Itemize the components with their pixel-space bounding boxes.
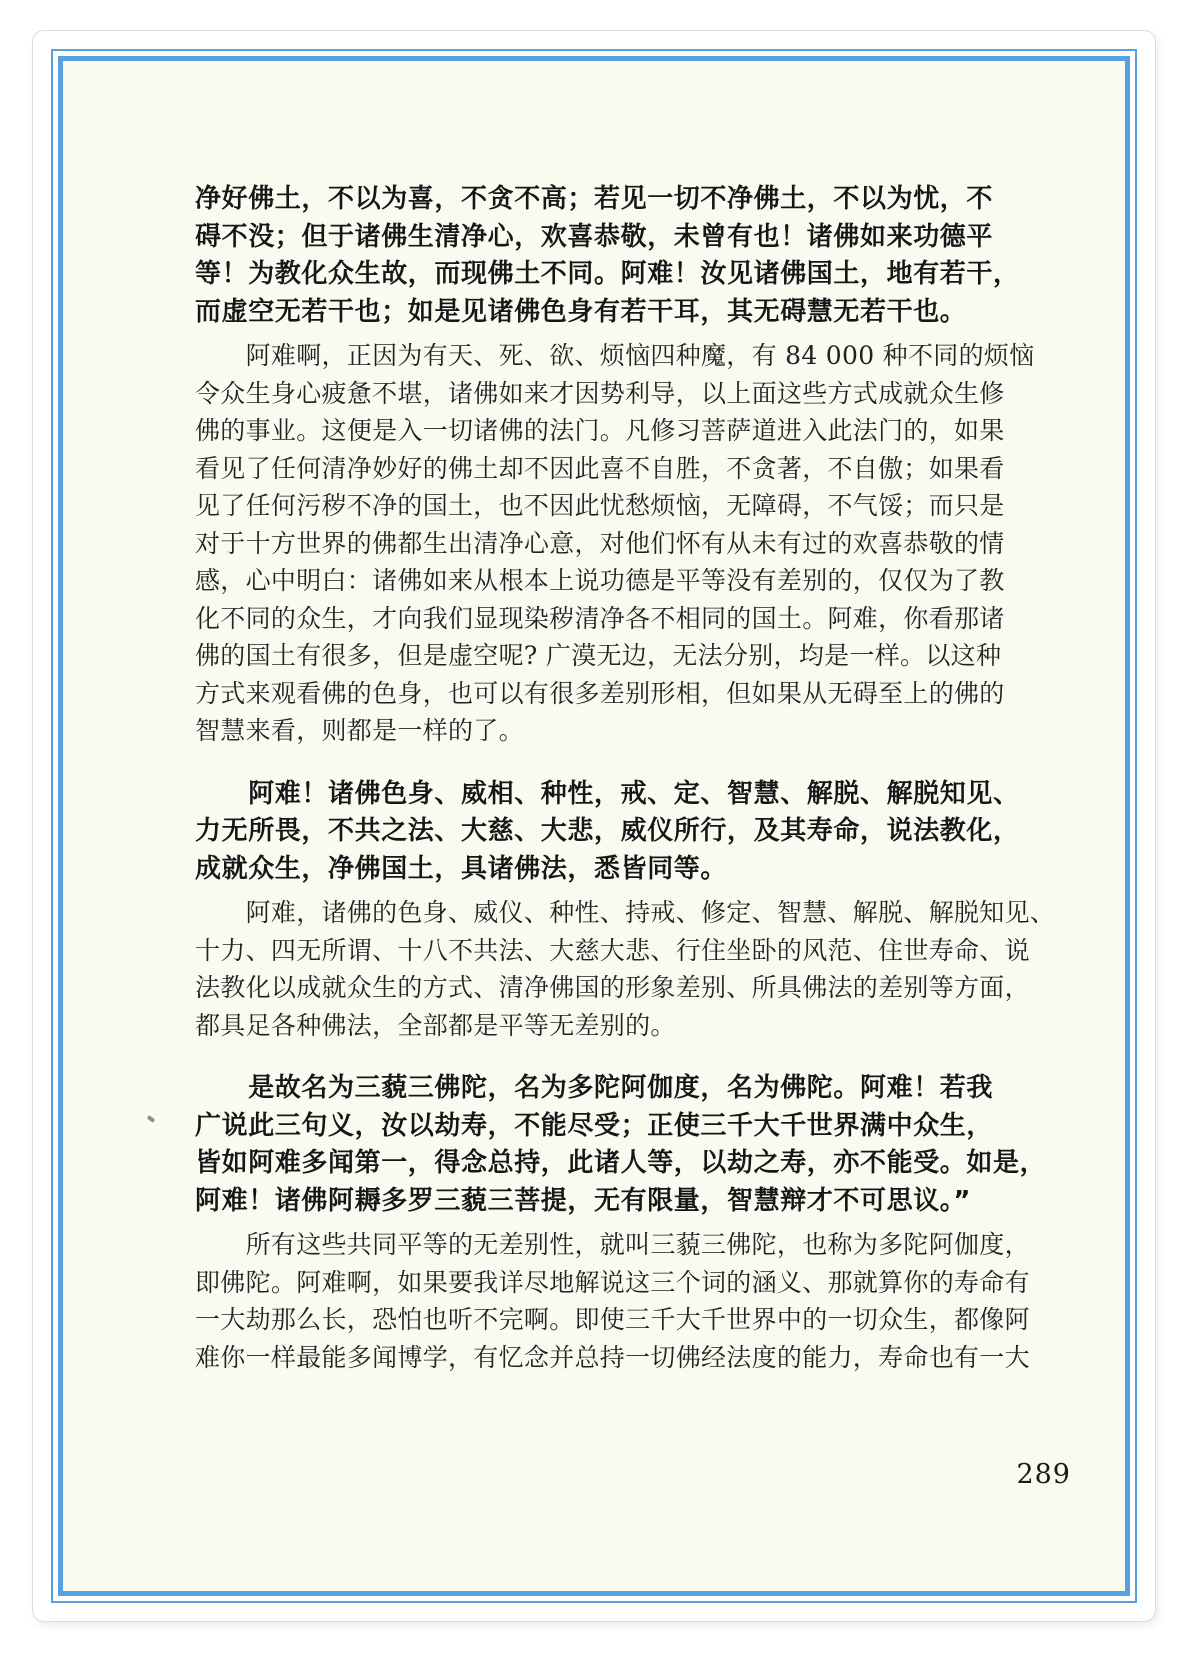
text-line: 看见了任何清净妙好的佛土却不因此喜不自胜，不贪著，不自傲；如果看 [195,450,1045,488]
text-line: 十力、四无所谓、十八不共法、大慈大悲、行住坐卧的风范、住世寿命、说 [195,932,1045,970]
text-line: 碍不没；但于诸佛生清净心，欢喜恭敬，未曾有也！诸佛如来功德平 [195,219,1045,257]
page-card: 净好佛土，不以为喜，不贪不高；若见一切不净佛土，不以为忧，不碍不没；但于诸佛生清… [32,30,1156,1622]
outer-border-frame: 净好佛土，不以为喜，不贪不高；若见一切不净佛土，不以为忧，不碍不没；但于诸佛生清… [51,49,1137,1603]
text-line: 令众生身心疲惫不堪，诸佛如来才因势利导，以上面这些方式成就众生修 [195,375,1045,413]
text-line: 净好佛土，不以为喜，不贪不高；若见一切不净佛土，不以为忧，不 [195,181,1045,219]
stray-mark [147,1115,156,1123]
page-number: 289 [991,1459,1071,1490]
text-line: 即佛陀。阿难啊，如果要我详尽地解说这三个词的涵义、那就算你的寿命有 [195,1264,1045,1302]
text-block: 净好佛土，不以为喜，不贪不高；若见一切不净佛土，不以为忧，不碍不没；但于诸佛生清… [195,181,1045,1376]
commentary-paragraph: 阿难，诸佛的色身、威仪、种性、持戒、修定、智慧、解脱、解脱知见、十力、四无所谓、… [195,894,1045,1044]
text-line: 广说此三句义，汝以劫寿，不能尽受；正使三千大千世界满中众生， [195,1108,1045,1146]
text-line: 阿难！诸佛阿耨多罗三藐三菩提，无有限量，智慧辩才不可思议。” [195,1183,1045,1221]
text-line: 难你一样最能多闻博学，有忆念并总持一切佛经法度的能力，寿命也有一大 [195,1339,1045,1377]
sutra-paragraph: 是故名为三藐三佛陀，名为多陀阿伽度，名为佛陀。阿难！若我广说此三句义，汝以劫寿，… [195,1070,1045,1220]
paper: 净好佛土，不以为喜，不贪不高；若见一切不净佛土，不以为忧，不碍不没；但于诸佛生清… [63,61,1125,1591]
text-line: 阿难啊，正因为有天、死、欲、烦恼四种魔，有 84 000 种不同的烦恼 [195,337,1045,375]
commentary-paragraph: 阿难啊，正因为有天、死、欲、烦恼四种魔，有 84 000 种不同的烦恼令众生身心… [195,337,1045,750]
text-line: 对于十方世界的佛都生出清净心意，对他们怀有从未有过的欢喜恭敬的情 [195,525,1045,563]
text-line: 方式来观看佛的色身，也可以有很多差别形相，但如果从无碍至上的佛的 [195,675,1045,713]
text-line: 皆如阿难多闻第一，得念总持，此诸人等，以劫之寿，亦不能受。如是， [195,1145,1045,1183]
sutra-paragraph: 阿难！诸佛色身、威相、种性，戒、定、智慧、解脱、解脱知见、力无所畏，不共之法、大… [195,776,1045,889]
text-line: 佛的事业。这便是入一切诸佛的法门。凡修习菩萨道进入此法门的，如果 [195,412,1045,450]
text-line: 都具足各种佛法，全部都是平等无差别的。 [195,1007,1045,1045]
text-line: 感，心中明白：诸佛如来从根本上说功德是平等没有差别的，仅仅为了教 [195,562,1045,600]
text-line: 阿难！诸佛色身、威相、种性，戒、定、智慧、解脱、解脱知见、 [195,776,1045,814]
inner-border-frame: 净好佛土，不以为喜，不贪不高；若见一切不净佛土，不以为忧，不碍不没；但于诸佛生清… [58,56,1130,1596]
text-line: 化不同的众生，才向我们显现染秽清净各不相同的国土。阿难，你看那诸 [195,600,1045,638]
text-line: 所有这些共同平等的无差别性，就叫三藐三佛陀，也称为多陀阿伽度， [195,1226,1045,1264]
text-line: 是故名为三藐三佛陀，名为多陀阿伽度，名为佛陀。阿难！若我 [195,1070,1045,1108]
text-line: 等！为教化众生故，而现佛土不同。阿难！汝见诸佛国土，地有若干， [195,256,1045,294]
text-line: 佛的国土有很多，但是虚空呢? 广漠无边，无法分别，均是一样。以这种 [195,637,1045,675]
text-line: 见了任何污秽不净的国土，也不因此忧愁烦恼，无障碍，不气馁；而只是 [195,487,1045,525]
text-line: 一大劫那么长，恐怕也听不完啊。即使三千大千世界中的一切众生，都像阿 [195,1301,1045,1339]
text-line: 阿难，诸佛的色身、威仪、种性、持戒、修定、智慧、解脱、解脱知见、 [195,894,1045,932]
text-line: 而虚空无若干也；如是见诸佛色身有若干耳，其无碍慧无若干也。 [195,294,1045,332]
text-line: 智慧来看，则都是一样的了。 [195,712,1045,750]
commentary-paragraph: 所有这些共同平等的无差别性，就叫三藐三佛陀，也称为多陀阿伽度，即佛陀。阿难啊，如… [195,1226,1045,1376]
text-line: 力无所畏，不共之法、大慈、大悲，威仪所行，及其寿命，说法教化， [195,813,1045,851]
sutra-paragraph: 净好佛土，不以为喜，不贪不高；若见一切不净佛土，不以为忧，不碍不没；但于诸佛生清… [195,181,1045,331]
text-line: 成就众生，净佛国土，具诸佛法，悉皆同等。 [195,851,1045,889]
text-line: 法教化以成就众生的方式、清净佛国的形象差别、所具佛法的差别等方面， [195,969,1045,1007]
